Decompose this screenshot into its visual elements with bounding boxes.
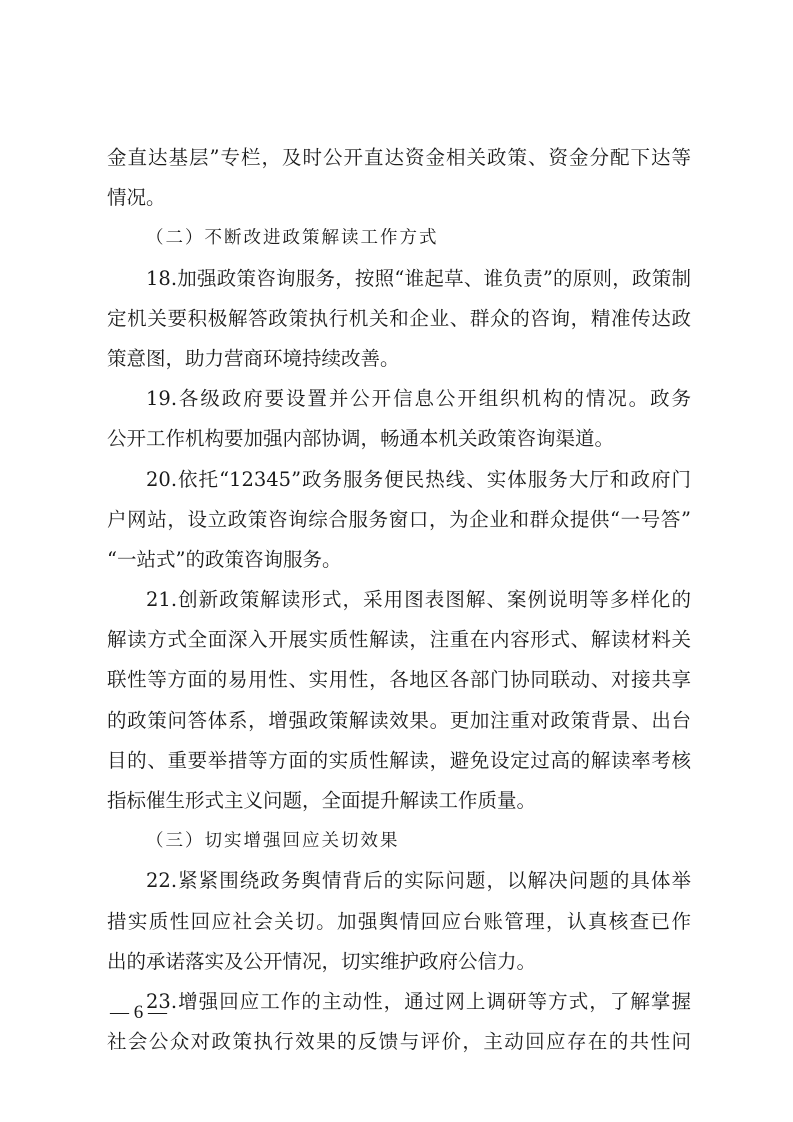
text-line: 公开工作机构要加强内部协调，畅通本机关政策咨询渠道。 xyxy=(107,419,691,459)
text-line: 的政策问答体系，增强政策解读效果。更加注重对政策背景、出台 xyxy=(107,701,691,741)
text-line: “一站式”的政策咨询服务。 xyxy=(107,540,691,580)
text-line: 联性等方面的易用性、实用性，各地区各部门协同联动、对接共享 xyxy=(107,660,691,700)
paragraph-start: 23.增强回应工作的主动性，通过网上调研等方式，了解掌握 xyxy=(107,982,691,1022)
text-line: 定机关要积极解答政策执行机关和企业、群众的咨询，精准传达政 xyxy=(107,299,691,339)
section-heading: （二）不断改进政策解读工作方式 xyxy=(107,218,691,258)
text-line: 指标催生形式主义问题，全面提升解读工作质量。 xyxy=(107,781,691,821)
text-line: 情况。 xyxy=(107,178,691,218)
text-line: 出的承诺落实及公开情况，切实维护政府公信力。 xyxy=(107,942,691,982)
text-line: 解读方式全面深入开展实质性解读，注重在内容形式、解读材料关 xyxy=(107,620,691,660)
section-heading: （三）切实增强回应关切效果 xyxy=(107,821,691,861)
paragraph-start: 21.创新政策解读形式，采用图表图解、案例说明等多样化的 xyxy=(107,580,691,620)
paragraph-start: 19.各级政府要设置并公开信息公开组织机构的情况。政务 xyxy=(107,379,691,419)
text-line: 社会公众对政策执行效果的反馈与评价，主动回应存在的共性问 xyxy=(107,1022,691,1062)
text-line: 金直达基层”专栏，及时公开直达资金相关政策、资金分配下达等 xyxy=(107,138,691,178)
page-number: — 6 — xyxy=(110,1001,167,1025)
text-line: 策意图，助力营商环境持续改善。 xyxy=(107,339,691,379)
text-line: 目的、重要举措等方面的实质性解读，避免设定过高的解读率考核 xyxy=(107,741,691,781)
paragraph-start: 20.依托“12345”政务服务便民热线、实体服务大厅和政府门 xyxy=(107,460,691,500)
paragraph-start: 22.紧紧围绕政务舆情背后的实际问题，以解决问题的具体举 xyxy=(107,861,691,901)
document-page: 金直达基层”专栏，及时公开直达资金相关政策、资金分配下达等 情况。 （二）不断改… xyxy=(107,138,691,1062)
paragraph-start: 18.加强政策咨询服务，按照“谁起草、谁负责”的原则，政策制 xyxy=(107,259,691,299)
text-line: 户网站，设立政策咨询综合服务窗口，为企业和群众提供“一号答” xyxy=(107,500,691,540)
text-line: 措实质性回应社会关切。加强舆情回应台账管理，认真核查已作 xyxy=(107,902,691,942)
